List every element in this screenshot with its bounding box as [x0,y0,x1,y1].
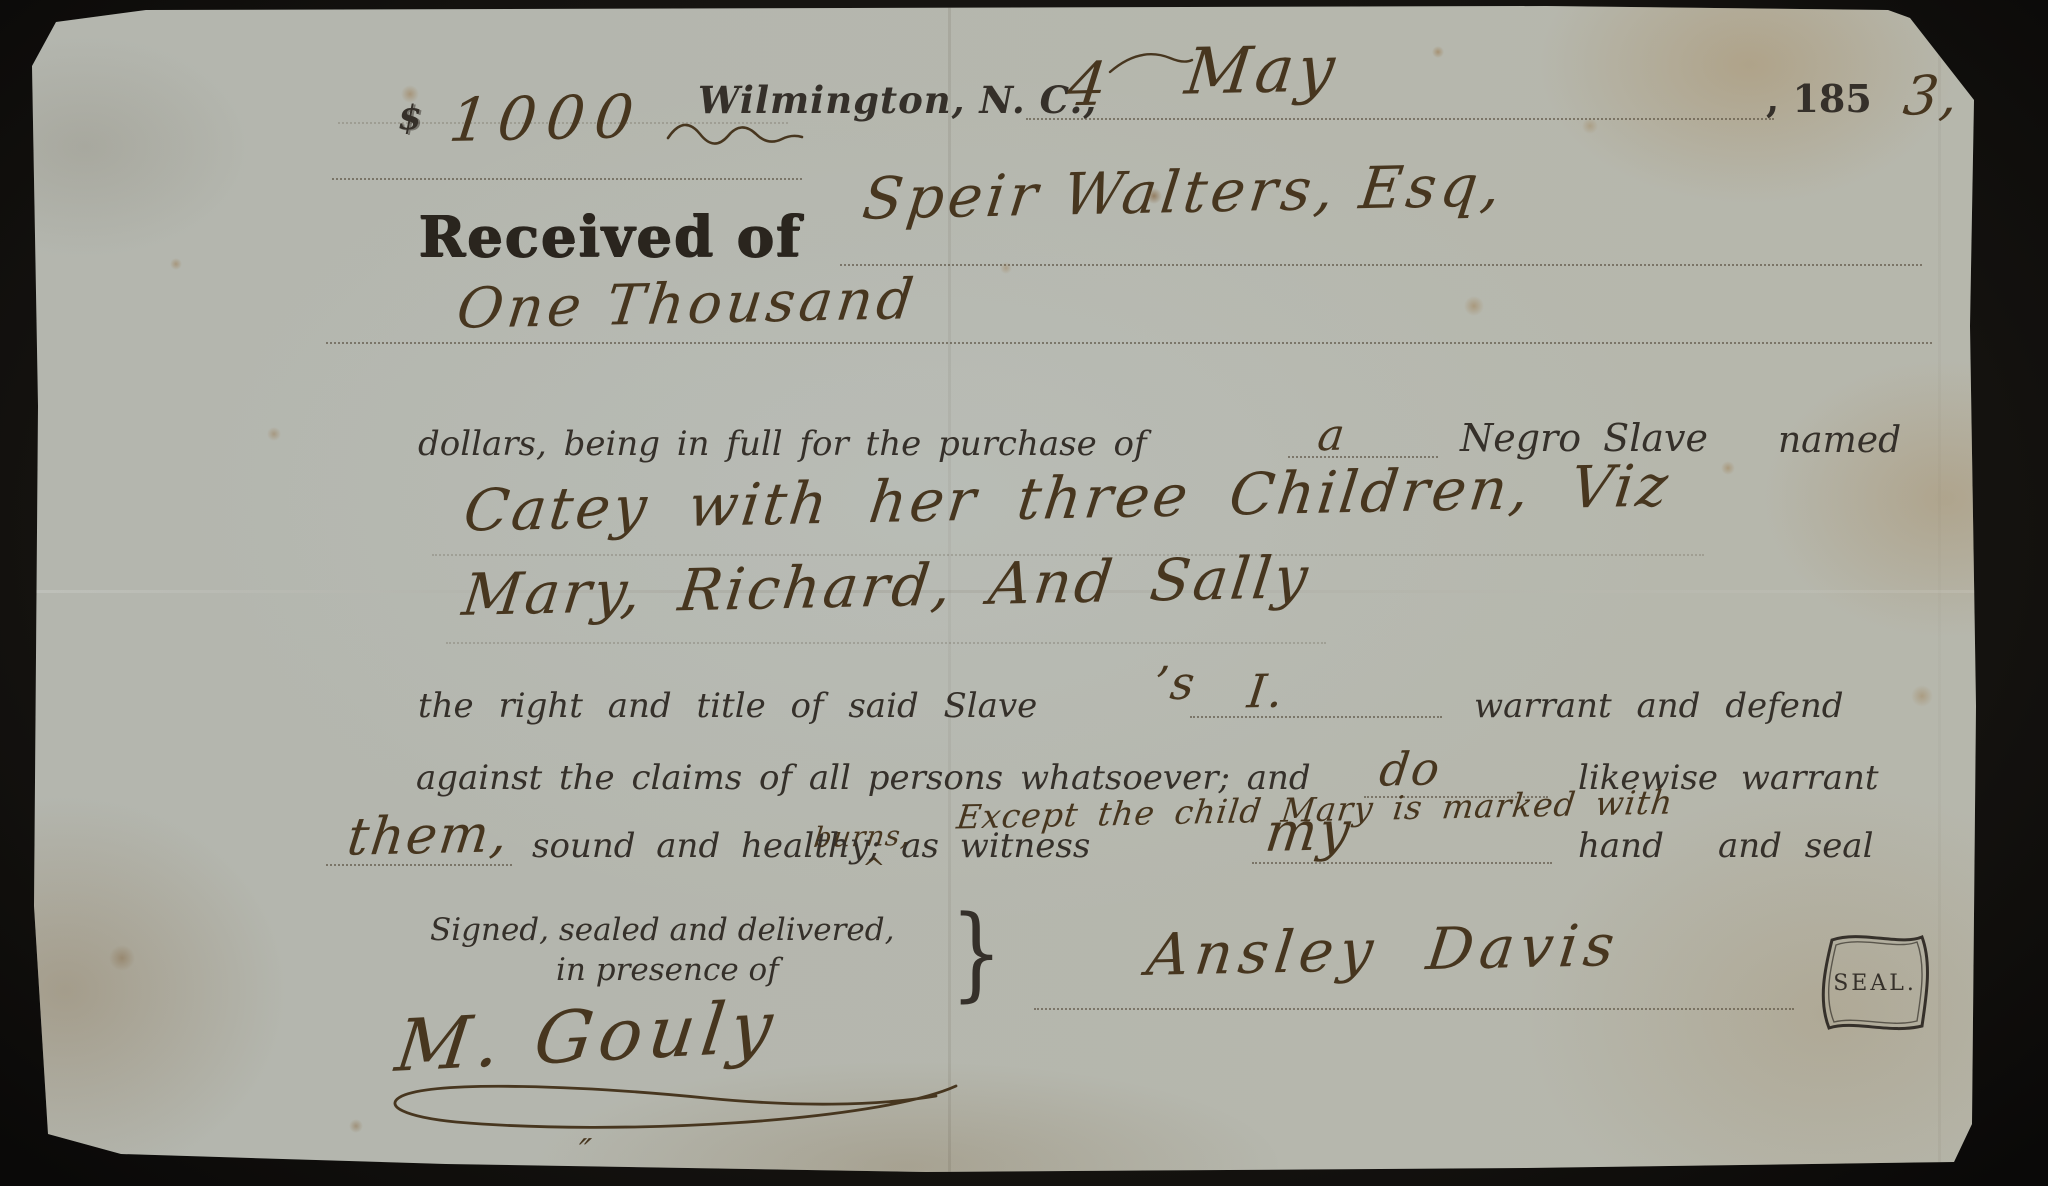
names-line1-handwritten: Catey with her three Children, Viz [460,451,1674,544]
purchase-clause-before: dollars, being in full for the purchase … [418,424,1147,464]
title-clause-before: the right and title of said Slave [418,686,1037,726]
scanned-receipt-photo: $ 1000 Wilmington, N. C., 4 May , 185 3,… [0,0,2048,1186]
my-rule [1252,862,1552,864]
amount-handwritten: 1000 [446,82,648,156]
amount-words-rule [326,342,1932,344]
witness-signature-handwritten: M. Gouly [391,984,783,1088]
amount-rule-bottom [332,178,802,180]
witness-ditto-mark: ″ [576,1132,596,1172]
title-clause-hand-i: I. [1245,664,1288,719]
title-clause-rule [1190,716,1442,718]
names-line2-handwritten: Mary, Richard, And Sally [459,543,1314,629]
receipt-paper: $ 1000 Wilmington, N. C., 4 May , 185 3,… [26,6,1984,1178]
dollar-sign: $ [398,98,422,138]
witness-hand-them: them, [344,804,513,867]
day-superscript-flourish [1106,50,1196,76]
them-rule [326,864,512,866]
printed-place: Wilmington, N. C., [698,78,1097,122]
purchase-article-handwritten: a [1315,410,1349,462]
amount-words-handwritten: One Thousand [453,267,920,342]
witness-clause-and-seal: and seal [1718,826,1873,866]
handwritten-month: May [1181,32,1342,109]
payer-name-handwritten: Speir Walters, Esq, [859,151,1508,232]
witness-hand-my: my [1262,799,1355,864]
title-clause-hand-s: ’s [1151,656,1200,711]
seal-box: SEAL. [1808,924,1942,1042]
purchase-clause-after: named [1778,420,1901,461]
received-rule [840,264,1922,266]
date-rule [1026,118,1774,120]
handwritten-year-digit: 3, [1900,63,1963,127]
seller-signature-handwritten: Ansley Davis [1143,911,1624,989]
printed-year-prefix: , 185 [1766,76,1872,121]
signed-block-line2: in presence of [556,952,779,988]
amount-squiggle-flourish [666,118,806,152]
title-clause-after: warrant and defend [1474,686,1844,726]
names-line2-rule [446,642,1326,644]
signed-block-brace: } [950,894,1002,1013]
received-of-label: Received of [418,204,801,270]
witness-signature-flourish [376,1078,976,1134]
witness-clause-middle: sound and healthy; as witness [532,826,1090,866]
witness-clause-hand-word: hand [1578,826,1664,866]
seal-label: SEAL. [1833,971,1917,996]
signed-block-line1: Signed, sealed and delivered, [430,912,894,948]
signature-rule [1034,1008,1794,1010]
